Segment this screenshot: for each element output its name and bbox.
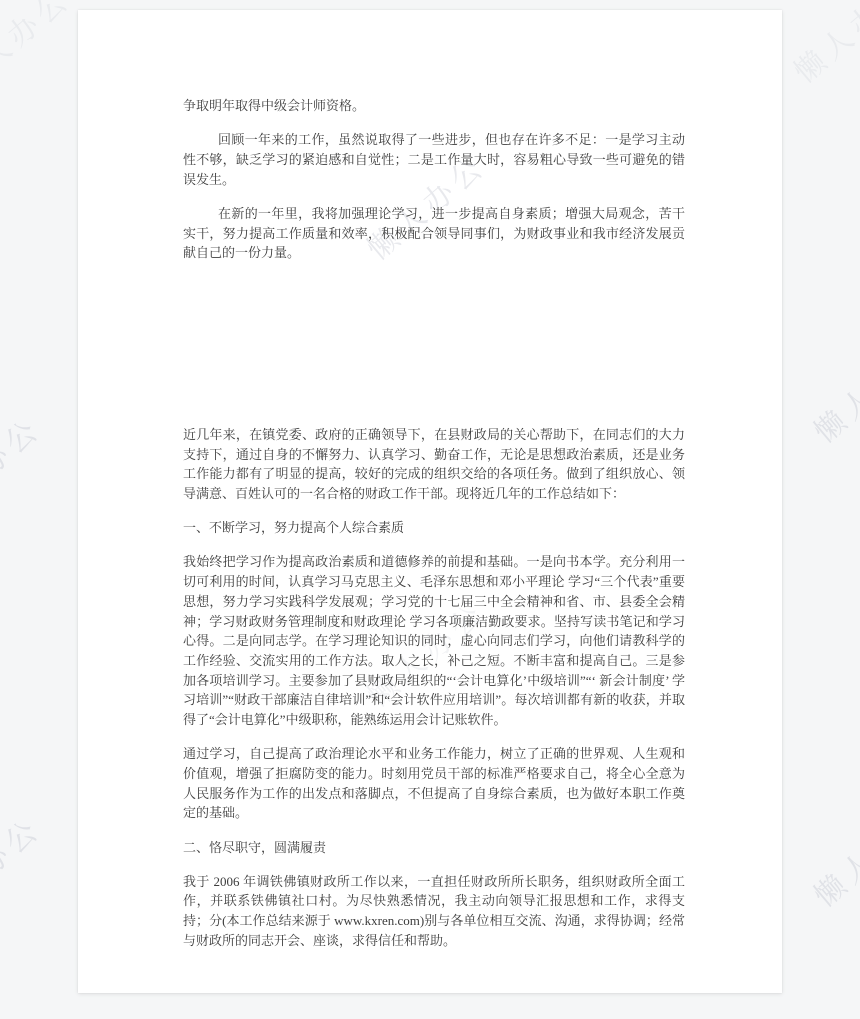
section-heading: 二、恪尽职守，圆满履责 xyxy=(183,838,685,858)
watermark-text: 懒人办公 xyxy=(0,405,49,531)
paragraph: 在新的一年里，我将加强理论学习，进一步提高自身素质；增强大局观念，苦干实干，努力… xyxy=(183,204,685,263)
watermark-text: 懒人办公 xyxy=(0,0,79,101)
paragraph: 近几年来，在镇党委、政府的正确领导下，在县财政局的关心帮助下，在同志们的大力支持… xyxy=(183,425,685,504)
watermark-text: 懒人办公 xyxy=(0,805,49,931)
document-content: 争取明年取得中级会计师资格。 回顾一年来的工作，虽然说取得了一些进步，但也存在许… xyxy=(183,96,685,951)
watermark-text: 懒人办公 xyxy=(803,789,860,915)
paragraph: 回顾一年来的工作，虽然说取得了一些进步，但也存在许多不足：一是学习主动性不够，缺… xyxy=(183,130,685,189)
watermark-text: 懒人办公 xyxy=(803,325,860,451)
paragraph: 争取明年取得中级会计师资格。 xyxy=(183,96,685,116)
paragraph: 我始终把学习作为提高政治素质和道德修养的前提和基础。一是向书本学。充分利用一切可… xyxy=(183,552,685,729)
paragraph: 我于 2006 年调铁佛镇财政所工作以来，一直担任财政所所长职务，组织财政所全面… xyxy=(183,872,685,951)
paragraph: 通过学习，自己提高了政治理论水平和业务工作能力，树立了正确的世界观、人生观和价值… xyxy=(183,744,685,823)
watermark-text: 懒人办公 xyxy=(783,0,860,91)
section-break-spacer xyxy=(183,277,685,410)
section-heading: 一、不断学习，努力提高个人综合素质 xyxy=(183,518,685,538)
